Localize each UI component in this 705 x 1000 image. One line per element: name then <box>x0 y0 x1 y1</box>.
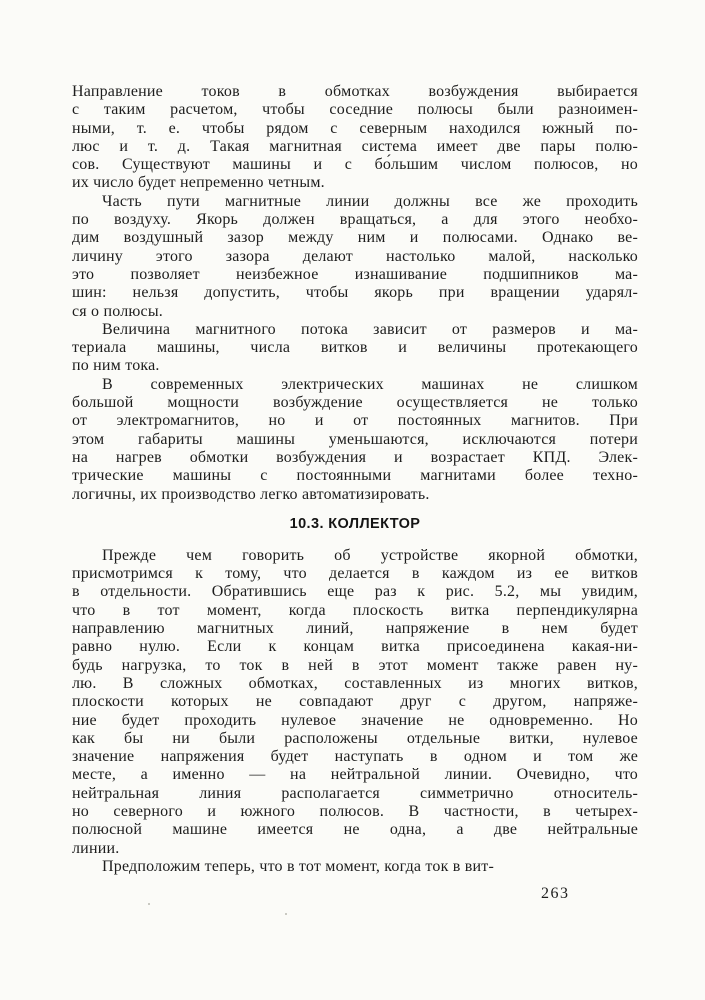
text-line: плоскости которых не совпадают друг с др… <box>72 693 638 711</box>
text-line: личину этого зазора делают настолько мал… <box>72 248 638 266</box>
text-line: териала машины, числа витков и величины … <box>72 339 638 357</box>
text-line: как бы ни были расположены отдельные вит… <box>72 730 638 748</box>
paragraph: Прежде чем говорить об устройстве якорно… <box>72 547 638 858</box>
text-line: Направление токов в обмотках возбуждения… <box>72 83 638 101</box>
text-line: их число будет непременно четным. <box>72 174 638 192</box>
text-line: Часть пути магнитные линии должны все же… <box>72 193 638 211</box>
paragraph: Часть пути магнитные линии должны все же… <box>72 193 638 321</box>
text-line: ние будет проходить нулевое значение не … <box>72 712 638 730</box>
text-line: ся о полюсы. <box>72 303 638 321</box>
text-line: по ним тока. <box>72 357 638 375</box>
text-line: Величина магнитного потока зависит от ра… <box>72 321 638 339</box>
text-line: присмотримся к тому, что делается в кажд… <box>72 565 638 583</box>
text-line: линии. <box>72 840 638 858</box>
paragraph: В современных электрических машинах не с… <box>72 376 638 504</box>
paragraph: Предположим теперь, что в тот момент, ко… <box>72 858 638 876</box>
text-line: нейтральная линия располагается симметри… <box>72 785 638 803</box>
text-line: ными, т. е. чтобы рядом с северным наход… <box>72 120 638 138</box>
text-line: значение напряжения будет наступать в од… <box>72 748 638 766</box>
text-line: большой мощности возбуждение осуществляе… <box>72 394 638 412</box>
text-line: В современных электрических машинах не с… <box>72 376 638 394</box>
text-line: на нагрев обмотки возбуждения и возраста… <box>72 449 638 467</box>
text-line: месте, а именно — на нейтральной линии. … <box>72 766 638 784</box>
text-line: с таким расчетом, чтобы соседние полюсы … <box>72 101 638 119</box>
text-line: что в тот момент, когда плоскость витка … <box>72 602 638 620</box>
section-heading: 10.3. КОЛЛЕКТОР <box>72 516 638 532</box>
text-line: лю. В сложных обмотках, составленных из … <box>72 675 638 693</box>
text-block: Направление токов в обмотках возбуждения… <box>72 83 638 876</box>
text-line: равно нулю. Если к концам витка присоеди… <box>72 638 638 656</box>
paragraph: Направление токов в обмотках возбуждения… <box>72 83 638 193</box>
text-line: это позволяет неизбежное изнашивание под… <box>72 266 638 284</box>
section-text-before-heading: Направление токов в обмотках возбуждения… <box>72 83 638 504</box>
page-number: 263 <box>541 885 570 903</box>
text-line: шин: нельзя допустить, чтобы якорь при в… <box>72 284 638 302</box>
text-line: этом габариты машины уменьшаются, исключ… <box>72 431 638 449</box>
text-line: логичны, их производство легко автоматиз… <box>72 486 638 504</box>
section-text-after-heading: Прежде чем говорить об устройстве якорно… <box>72 547 638 876</box>
book-page: Направление токов в обмотках возбуждения… <box>0 0 705 1000</box>
text-line: будь нагрузка, то ток в ней в этот момен… <box>72 657 638 675</box>
paragraph: Величина магнитного потока зависит от ра… <box>72 321 638 376</box>
text-line: трические машины с постоянными магнитами… <box>72 467 638 485</box>
text-line: направлению магнитных линий, напряжение … <box>72 620 638 638</box>
text-line: но северного и южного полюсов. В частнос… <box>72 803 638 821</box>
text-line: в отдельности. Обратившись еще раз к рис… <box>72 583 638 601</box>
text-line: дим воздушный зазор между ним и полюсами… <box>72 229 638 247</box>
text-line: люс и т. д. Такая магнитная система имее… <box>72 138 638 156</box>
text-line: полюсной машине имеется не одна, а две н… <box>72 821 638 839</box>
text-line: от электромагнитов, но и от постоянных м… <box>72 412 638 430</box>
text-line: сов. Существуют машины и с бо́льшим числ… <box>72 156 638 174</box>
scan-speck <box>285 913 287 915</box>
scan-speck <box>148 903 150 905</box>
text-line: по воздуху. Якорь должен вращаться, а дл… <box>72 211 638 229</box>
text-line: Предположим теперь, что в тот момент, ко… <box>72 858 638 876</box>
text-line: Прежде чем говорить об устройстве якорно… <box>72 547 638 565</box>
